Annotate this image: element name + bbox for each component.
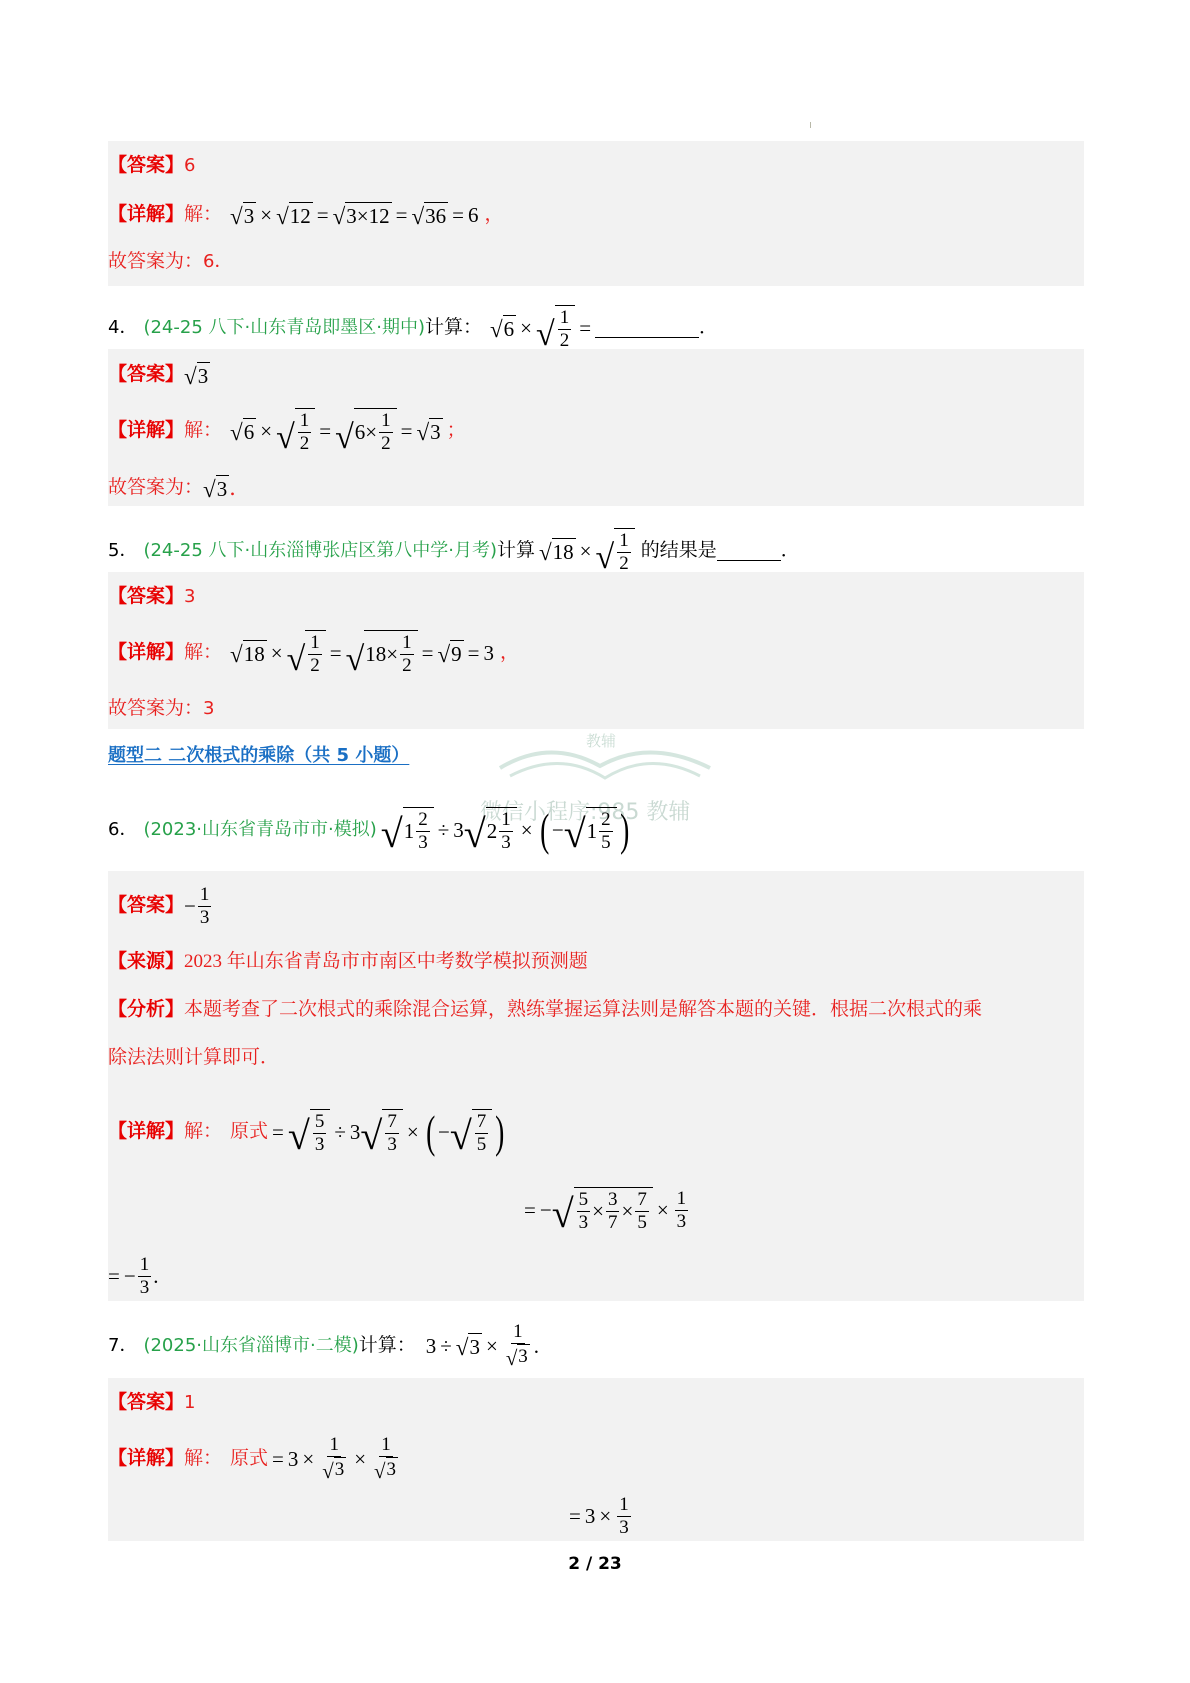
therefore-label: 故答案为： xyxy=(108,250,203,274)
section-heading: 题型二 二次根式的乘除（共 5 小题） xyxy=(108,741,409,767)
q7-answer-value: 1 xyxy=(184,1391,195,1415)
q6-answer-line: 【答案】 − 13 xyxy=(108,878,213,934)
answer-label: 【答案】 xyxy=(108,154,184,178)
q7-stem: 计算： xyxy=(359,1334,416,1358)
q3-detail-math: √3 × √12 = √3×12 = √36 = 6 xyxy=(230,202,478,228)
q4-conclusion-value: √3 ． xyxy=(203,475,250,501)
q7-number: 7． xyxy=(108,1334,137,1358)
q4-detail-line: 【详解】 解： √6 × √12 = √6×12 = √3 ； xyxy=(108,406,466,456)
q5-detail-line: 【详解】 解： √18 × √12 = √18×12 = √9 = 3 ， xyxy=(108,628,519,678)
q4-number: 4． xyxy=(108,316,137,340)
q5-tag: (24-25 八下·山东淄博张店区第八中学·月考) xyxy=(143,539,497,563)
q6-answer-value: − 13 xyxy=(184,884,213,929)
q5-answer-value: 3 xyxy=(184,585,195,609)
q4-answer-value: √3 xyxy=(184,362,210,388)
q7-step1: = 3 × 1√3 × 1√3 xyxy=(268,1434,402,1483)
q6-tag: (2023·山东省青岛市市·模拟) xyxy=(143,818,376,842)
document-page: 【答案】 6 【详解】 解： √3 × √12 = √3×12 = √36 = … xyxy=(0,0,1190,1683)
q5-answer-line: 【答案】 3 xyxy=(108,585,195,609)
solve-label: 解： xyxy=(184,203,222,227)
q6-analysis-1: 本题考查了二次根式的乘除混合运算，熟练掌握运算法则是解答本题的关键．根据二次根式… xyxy=(184,998,982,1022)
q6-source: 2023 年山东省青岛市市南区中考数学模拟预测题 xyxy=(184,950,588,974)
watermark-logo: 教辅 xyxy=(490,728,720,784)
q6-analysis-line-2: 除法法则计算即可． xyxy=(108,1046,279,1070)
q5-question: 5． (24-25 八下·山东淄博张店区第八中学·月考) 计算 √18 × √1… xyxy=(108,529,800,573)
q6-step1: = √53 ÷ 3 √73 × ( − √75 ) xyxy=(268,1109,508,1156)
q5-expr: √18 × √12 xyxy=(539,528,635,575)
q5-stem: 计算 xyxy=(497,539,535,563)
detail-label: 【详解】 xyxy=(108,203,184,227)
q6-analysis-line-1: 【分析】 本题考查了二次根式的乘除混合运算，熟练掌握运算法则是解答本题的关键．根… xyxy=(108,998,982,1022)
q5-number: 5． xyxy=(108,539,137,563)
q4-answer-line: 【答案】 √3 xyxy=(108,362,210,388)
q4-conclusion-line: 故答案为： √3 ． xyxy=(108,475,250,501)
q6-question: 6． (2023·山东省青岛市市·模拟) √123 ÷ 3 √213 × ( −… xyxy=(108,798,632,862)
q6-analysis-2: 除法法则计算即可． xyxy=(108,1046,279,1070)
page-number: 2 / 23 xyxy=(0,1554,1190,1574)
q5-tail: 的结果是 xyxy=(641,539,717,563)
q4-detail-math: √6 × √12 = √6×12 = √3 xyxy=(230,408,443,455)
q5-detail-math: √18 × √12 = √18×12 = √9 = 3 xyxy=(230,630,494,677)
source-label: 【来源】 xyxy=(108,950,184,974)
q6-step2: = − √ 53× 37× 75 × 13 xyxy=(520,1180,690,1240)
q4-answer-blank xyxy=(595,319,699,338)
q6-source-line: 【来源】 2023 年山东省青岛市市南区中考数学模拟预测题 xyxy=(108,950,588,974)
q7-detail-line: 【详解】 解： 原式 = 3 × 1√3 × 1√3 xyxy=(108,1430,402,1488)
q5-answer-blank xyxy=(717,542,781,561)
q6-number: 6． xyxy=(108,818,137,842)
watermark-logo-text: 教辅 xyxy=(586,730,616,751)
q7-tag: (2025·山东省淄博市·二模) xyxy=(143,1334,358,1358)
analysis-label: 【分析】 xyxy=(108,998,184,1022)
q5-conclusion-line: 故答案为： 3 xyxy=(108,697,214,721)
q3-detail-line: 【详解】 解： √3 × √12 = √3×12 = √36 = 6 ， xyxy=(108,202,504,228)
q7-step2: = 3 × 13 xyxy=(565,1490,633,1542)
q4-expr: √6 × √12 = xyxy=(490,305,595,352)
q6-step3: = − 13 . xyxy=(108,1250,158,1302)
q3-answer-line: 【答案】 6 xyxy=(108,154,195,178)
q4-stem: 计算： xyxy=(425,316,482,340)
q3-answer-value: 6 xyxy=(184,154,195,178)
page-marker xyxy=(810,122,811,128)
q7-question: 7． (2025·山东省淄博市·二模) 计算： 3 ÷ √3 × 1√3 . xyxy=(108,1318,539,1374)
q6-detail-line: 【详解】 解： 原式 = √53 ÷ 3 √73 × ( − √75 ) xyxy=(108,1100,508,1164)
q7-answer-line: 【答案】 1 xyxy=(108,1391,195,1415)
q7-expr: 3 ÷ √3 × 1√3 . xyxy=(426,1321,539,1370)
q6-expr: √123 ÷ 3 √213 × ( − √125 ) xyxy=(381,807,632,854)
q3-conclusion-value: 6． xyxy=(203,250,232,274)
q4-question: 4． (24-25 八下·山东青岛即墨区·期中) 计算： √6 × √12 = … xyxy=(108,306,718,350)
q3-conclusion-line: 故答案为： 6． xyxy=(108,250,232,274)
q4-tag: (24-25 八下·山东青岛即墨区·期中) xyxy=(143,316,425,340)
q5-conclusion-value: 3 xyxy=(203,697,214,721)
